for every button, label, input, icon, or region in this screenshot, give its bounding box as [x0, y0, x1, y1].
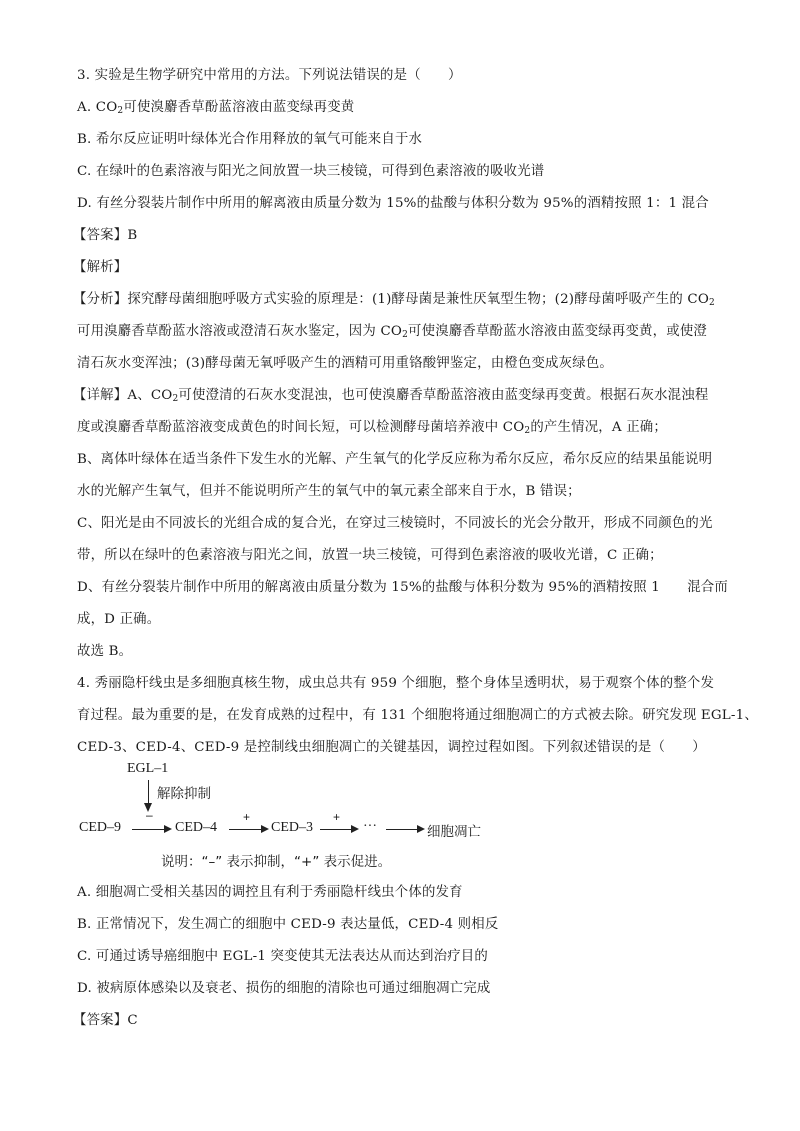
inhibit-sign: – [146, 808, 153, 822]
ced3-label: CED–3 [271, 820, 313, 836]
q3-detail-line-8: 成，D 正确。 [77, 611, 160, 629]
q3-detail-line-4: 水的光解产生氧气，但并不能说明所产生的氧气中的氧元素全部来自于水，B 错误； [77, 483, 581, 501]
ced4-label: CED–4 [175, 820, 217, 836]
q3-detail-line-7: D、有丝分裂装片制作中所用的解离液由质量分数为 15%的盐酸与体积分数为 95%… [77, 579, 728, 597]
ellipsis: ··· [363, 819, 377, 835]
q3-detail-line-1: 【详解】A、CO2可使澄清的石灰水变混浊，也可使溴麝香草酚蓝溶液由蓝变绿再变黄。… [73, 387, 708, 405]
q3-option-c: C. 在绿叶的色素溶液与阳光之间放置一块三棱镜，可得到色素溶液的吸收光谱 [77, 163, 544, 181]
q3-option-b: B. 希尔反应证明叶绿体光合作用释放的氧气可能来自于水 [77, 131, 422, 149]
q4-option-b: B. 正常情况下，发生凋亡的细胞中 CED-9 表达量低，CED-4 则相反 [77, 916, 498, 934]
arrow-right-icon [229, 829, 267, 830]
q3-conclusion: 故选 B。 [77, 643, 132, 661]
q3-option-d: D. 有丝分裂装片制作中所用的解离液由质量分数为 15%的盐酸与体积分数为 95… [77, 195, 709, 213]
q3-analysis-line-1: 【分析】探究酵母菌细胞呼吸方式实验的原理是：(1)酵母菌是兼性厌氧型生物；(2)… [73, 291, 715, 309]
q4-option-d: D. 被病原体感染以及衰老、损伤的细胞的清除也可通过细胞凋亡完成 [77, 980, 491, 998]
q4-answer: 【答案】C [73, 1012, 138, 1030]
promote-sign: + [243, 810, 250, 824]
q3-analysis-line-3: 清石灰水变浑浊；(3)酵母菌无氧呼吸产生的酒精可用重铬酸钾鉴定，由橙色变成灰绿色… [77, 355, 613, 373]
q4-stem-line-1: 4. 秀丽隐杆线虫是多细胞真核生物，成虫总共有 959 个细胞，整个身体呈透明状… [77, 675, 714, 693]
q3-stem: 3. 实验是生物学研究中常用的方法。下列说法错误的是（ ） [77, 67, 462, 85]
q3-detail-line-2: 度或溴麝香草酚蓝溶液变成黄色的时间长短，可以检测酵母菌培养液中 CO2的产生情况… [77, 419, 667, 437]
promote-sign: + [333, 810, 340, 824]
ced9-label: CED–9 [79, 820, 121, 836]
q3-detail-line-6: 带，所以在绿叶的色素溶液与阳光之间，放置一块三棱镜，可得到色素溶液的吸收光谱，C… [77, 547, 663, 565]
diagram-caption: 说明：“–” 表示抑制，“+” 表示促进。 [161, 850, 391, 870]
apoptosis-label: 细胞凋亡 [427, 820, 481, 840]
arrow-right-icon [386, 829, 423, 830]
q3-answer: 【答案】B [73, 227, 137, 245]
q4-stem-line-3: CED-3、CED-4、CED-9 是控制线虫细胞凋亡的关键基因，调控过程如图。… [77, 739, 706, 757]
q4-option-c: C. 可通过诱导癌细胞中 EGL-1 突变使其无法表达从而达到治疗目的 [77, 948, 488, 966]
down-arrow-icon [148, 780, 149, 810]
q3-detail-line-5: C、阳光是由不同波长的光组合成的复合光，在穿过三棱镜时，不同波长的光会分散开，形… [77, 515, 713, 533]
q3-analysis-heading: 【解析】 [73, 259, 127, 277]
q3-detail-line-3: B、离体叶绿体在适当条件下发生水的光解、产生氧气的化学反应称为希尔反应，希尔反应… [77, 451, 712, 469]
q3-analysis-line-2: 可用溴麝香草酚蓝水溶液或澄清石灰水鉴定，因为 CO2可使溴麝香草酚蓝水溶液由蓝变… [77, 323, 707, 341]
egl1-label: EGL–1 [127, 761, 168, 777]
q4-option-a: A. 细胞凋亡受相关基因的调控且有利于秀丽隐杆线虫个体的发育 [77, 884, 463, 902]
arrow-right-icon [320, 829, 357, 830]
arrow-right-icon [132, 829, 170, 830]
release-inhibition-label: 解除抑制 [157, 782, 211, 802]
q3-option-a: A. CO2可使溴麝香草酚蓝溶液由蓝变绿再变黄 [77, 99, 354, 117]
q4-stem-line-2: 育过程。最为重要的是，在发育成熟的过程中，有 131 个细胞将通过细胞凋亡的方式… [77, 707, 758, 725]
